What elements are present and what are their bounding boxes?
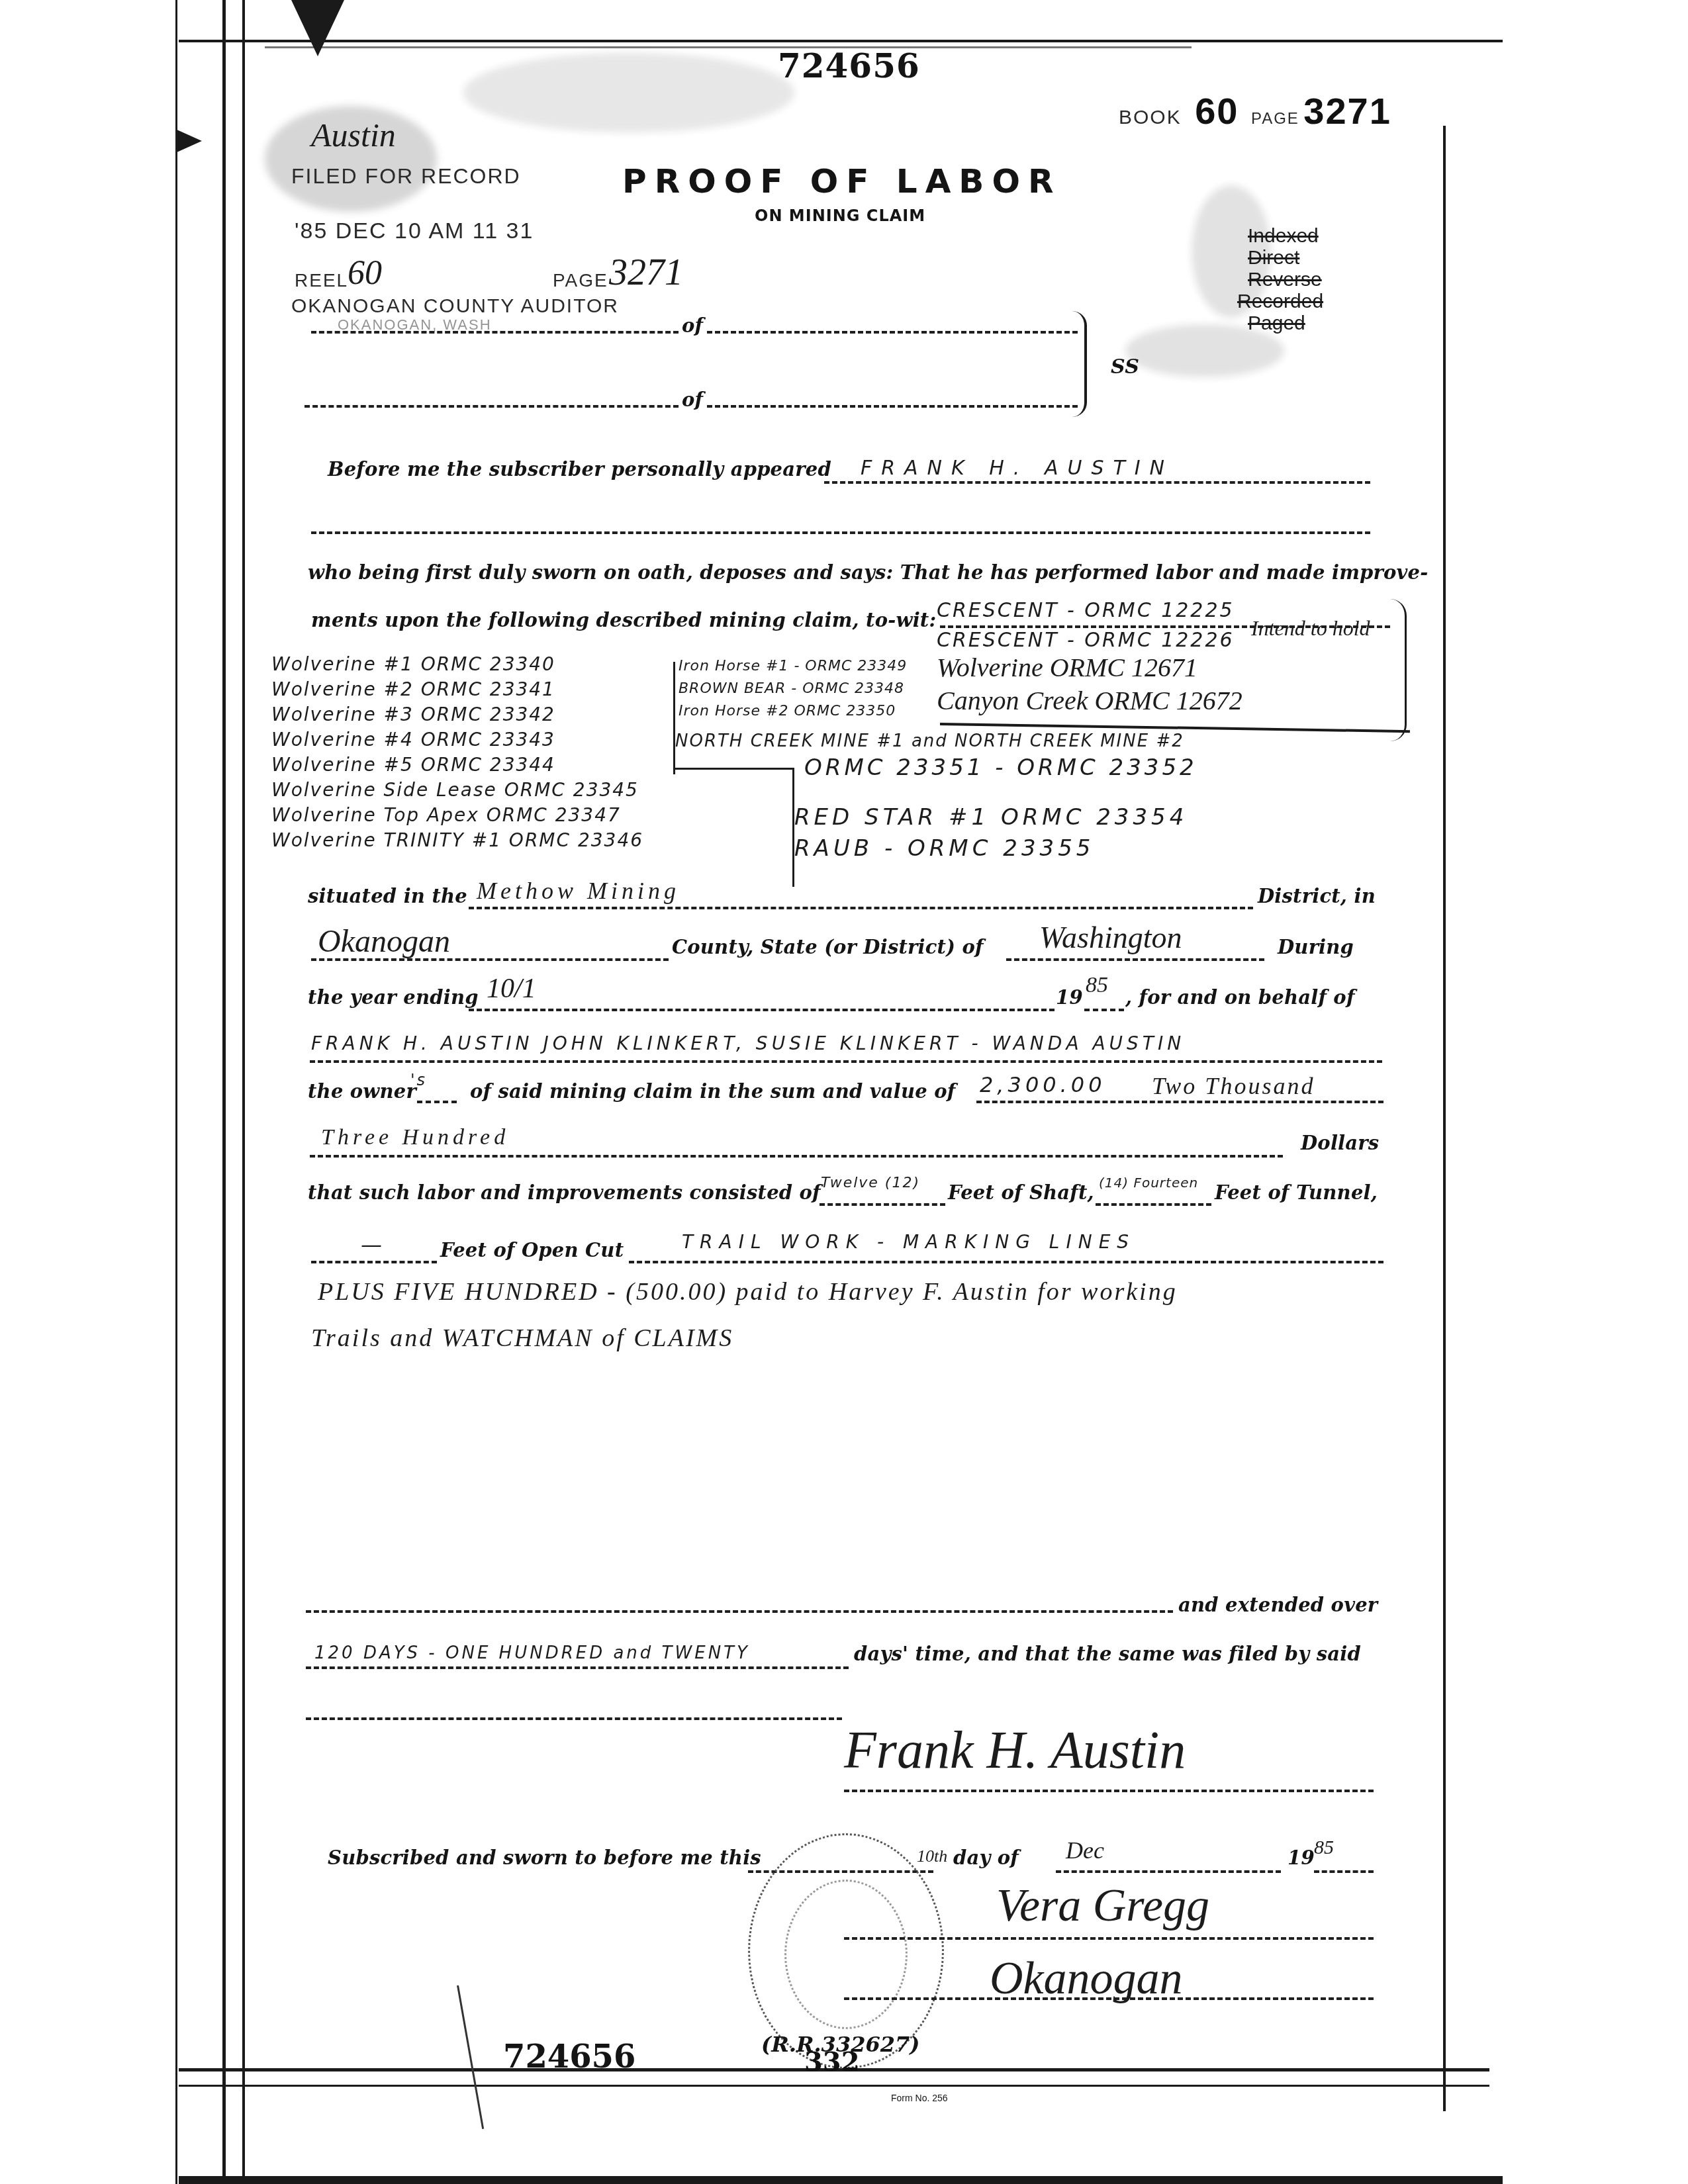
claim-lower-right: RED STAR #1 ORMC 23354 xyxy=(794,804,1188,831)
sum-words-line xyxy=(310,1155,1283,1158)
claim-left: Wolverine Side Lease ORMC 23345 xyxy=(271,778,643,803)
form-subtitle: ON MINING CLAIM xyxy=(755,206,925,225)
index-stamp-item: Reverse xyxy=(1248,269,1323,291)
jurat-year-line xyxy=(1314,1870,1374,1873)
claims-north-creek: NORTH CREEK MINE #1 and NORTH CREEK MINE… xyxy=(675,731,1184,751)
claim-middle: BROWN BEAR - ORMC 23348 xyxy=(679,678,907,700)
filed-for-record: FILED FOR RECORD xyxy=(291,164,521,189)
footer-diagonal-mark xyxy=(457,1985,484,2129)
tunnel-line xyxy=(1096,1203,1211,1206)
stamp-page-label: PAGE xyxy=(553,270,608,291)
county-auditor: OKANOGAN COUNTY AUDITOR xyxy=(291,295,619,318)
sworn-text-line1: who being first duly sworn on oath, depo… xyxy=(308,561,1429,584)
appeared-line xyxy=(824,481,1370,484)
owner-suffix-line xyxy=(417,1101,457,1103)
stamp-page-value: 3271 xyxy=(609,251,683,294)
top-rule-2 xyxy=(265,46,1192,48)
year-ending-line xyxy=(469,1009,1055,1011)
reel-value: 60 xyxy=(348,253,382,293)
owner-suffix: 's xyxy=(410,1071,427,1089)
book-page-stamp: BOOK 60 PAGE 3271 xyxy=(1119,89,1391,132)
left-margin-rule-3 xyxy=(242,0,245,2184)
sum-words-2: Three Hundred xyxy=(321,1125,509,1150)
venue-brace xyxy=(1072,311,1087,417)
days-label: days' time, and that the same was filed … xyxy=(854,1643,1361,1665)
additional-notes-line1: PLUS FIVE HUNDRED - (500.00) paid to Har… xyxy=(318,1277,1178,1306)
sum-line xyxy=(976,1101,1383,1103)
tunnel-value: (14) Fourteen xyxy=(1099,1175,1198,1191)
appeared-line-2 xyxy=(311,531,1370,534)
affiant-signature-line xyxy=(844,1790,1374,1792)
index-stamp-item: Recorded xyxy=(1237,291,1323,312)
claims-middle-bottom-rule xyxy=(673,768,792,770)
situated-label: situated in the xyxy=(308,885,467,907)
filed-by-line xyxy=(306,1717,842,1720)
index-stamp-item: Direct xyxy=(1248,247,1323,269)
sworn-text-line2: ments upon the following described minin… xyxy=(311,609,936,631)
claims-north-creek-numbers: ORMC 23351 - ORMC 23352 xyxy=(804,754,1197,781)
extended-line xyxy=(306,1610,1173,1613)
left-margin-rule-1 xyxy=(175,0,177,2184)
affiant-signature: Frank H. Austin xyxy=(844,1721,1186,1781)
jurat-year-suffix: 85 xyxy=(1314,1837,1334,1859)
instrument-number-bottom: 724656 xyxy=(503,2038,635,2075)
bottom-rule-2 xyxy=(179,2085,1489,2087)
claim-right: Wolverine ORMC 12671 xyxy=(937,652,1197,683)
claim-right: CRESCENT - ORMC 12225 xyxy=(937,599,1235,622)
claim-right: Canyon Creek ORMC 12672 xyxy=(937,685,1243,716)
jurat-label: Subscribed and sworn to before me this xyxy=(328,1846,761,1869)
index-stamp-item: Indexed xyxy=(1248,225,1323,247)
claim-left: Wolverine #5 ORMC 23344 xyxy=(271,752,643,778)
right-margin-rule xyxy=(1443,126,1446,2111)
additional-notes-line2: Trails and WATCHMAN of CLAIMS xyxy=(311,1324,733,1353)
form-title: PROOF OF LABOR xyxy=(622,162,1061,201)
year-suffix-line xyxy=(1084,1009,1124,1011)
claim-left: Wolverine TRINITY #1 ORMC 23346 xyxy=(271,828,643,853)
left-margin-rule-2 xyxy=(222,0,226,2184)
page-number: 3271 xyxy=(1303,90,1391,132)
during-label: During xyxy=(1278,936,1354,958)
county-line xyxy=(311,958,669,961)
open-cut-label: Feet of Open Cut xyxy=(440,1239,624,1261)
recording-handwritten-name: Austin xyxy=(311,116,396,154)
county-label: County, State (or District) of xyxy=(672,936,984,958)
appeared-value: FRANK H. AUSTIN xyxy=(861,457,1174,480)
sum-value: 2,300.00 xyxy=(980,1072,1106,1097)
county-value: Okanogan xyxy=(318,923,450,960)
district-value: Methow Mining xyxy=(477,877,680,905)
district-label: District, in xyxy=(1258,885,1376,907)
claims-right-brace xyxy=(1390,599,1407,741)
jurat-day-label: day of xyxy=(953,1846,1019,1869)
claim-middle: Iron Horse #2 ORMC 23350 xyxy=(679,700,907,723)
book-number: 60 xyxy=(1195,90,1239,132)
jurat-day-value: 10th xyxy=(917,1846,947,1866)
scan-noise xyxy=(463,53,794,132)
notary-signature: Vera Gregg xyxy=(996,1880,1209,1933)
corner-fold xyxy=(291,0,344,56)
notary-county-line xyxy=(844,1997,1374,2000)
days-line xyxy=(306,1666,849,1669)
open-cut-line xyxy=(629,1261,1383,1263)
district-line xyxy=(469,907,1253,909)
venue-of-label-1: of xyxy=(682,314,703,337)
claim-left: Wolverine #1 ORMC 23340 xyxy=(271,652,643,677)
tunnel-label: Feet of Tunnel, xyxy=(1215,1181,1378,1204)
top-rule xyxy=(179,40,1503,42)
year-prefix: 19 xyxy=(1056,986,1083,1009)
days-value: 120 DAYS - ONE HUNDRED and TWENTY xyxy=(314,1643,750,1663)
owners-value: FRANK H. AUSTIN JOHN KLINKERT, SUSIE KLI… xyxy=(311,1032,1185,1054)
owners-line xyxy=(310,1060,1382,1063)
shaft-line xyxy=(820,1203,945,1206)
dollars-label: Dollars xyxy=(1301,1132,1379,1154)
state-value: Washington xyxy=(1039,920,1182,955)
claims-left-list: Wolverine #1 ORMC 23340 Wolverine #2 ORM… xyxy=(271,652,643,853)
claims-middle-left-rule xyxy=(673,662,675,774)
sum-words-1: Two Thousand xyxy=(1152,1072,1315,1100)
bottom-edge xyxy=(179,2176,1503,2184)
appeared-label: Before me the subscriber personally appe… xyxy=(328,458,831,480)
filing-date-time: '85 DEC 10 AM 11 31 xyxy=(295,218,534,244)
left-clip-mark xyxy=(175,129,202,153)
venue-of-label-2: of xyxy=(682,388,703,411)
claims-middle-list: Iron Horse #1 - ORMC 23349 BROWN BEAR - … xyxy=(679,655,907,723)
instrument-number-top: 724656 xyxy=(778,46,920,85)
ss-label: SS xyxy=(1111,355,1139,379)
form-number: Form No. 256 xyxy=(887,2093,952,2103)
page-label: PAGE xyxy=(1251,110,1299,128)
claim-left: Wolverine #3 ORMC 23342 xyxy=(271,702,643,727)
claim-right: CRESCENT - ORMC 12226 xyxy=(937,629,1235,652)
owner-label: the owner xyxy=(308,1080,416,1103)
jurat-year-prefix: 19 xyxy=(1288,1846,1315,1869)
claim-left: Wolverine Top Apex ORMC 23347 xyxy=(271,803,643,828)
notary-seal-inner xyxy=(784,1880,908,2029)
claim-middle: Iron Horse #1 - ORMC 23349 xyxy=(679,655,907,678)
open-cut-line-left xyxy=(311,1261,437,1263)
jurat-month-value: Dec xyxy=(1066,1837,1104,1864)
claims-right-note: Intend to hold xyxy=(1251,612,1383,644)
shaft-label: Feet of Shaft, xyxy=(948,1181,1094,1204)
index-stamp: Indexed Direct Reverse Recorded Paged xyxy=(1248,225,1323,334)
claim-left: Wolverine #4 ORMC 23343 xyxy=(271,727,643,752)
book-label: BOOK xyxy=(1119,107,1182,128)
index-stamp-item: Paged xyxy=(1248,312,1323,334)
state-line xyxy=(1006,958,1264,961)
consisted-label: that such labor and improvements consist… xyxy=(308,1181,821,1204)
behalf-label: , for and on behalf of xyxy=(1125,986,1355,1009)
claim-lower-right: RAUB - ORMC 23355 xyxy=(794,835,1094,862)
venue-line-1-left xyxy=(311,331,679,334)
sum-label: of said mining claim in the sum and valu… xyxy=(470,1080,956,1103)
year-suffix: 85 xyxy=(1086,973,1108,998)
venue-line-1-right xyxy=(707,331,1078,334)
notary-signature-line xyxy=(844,1937,1374,1940)
claim-left: Wolverine #2 ORMC 23341 xyxy=(271,677,643,702)
year-ending-value: 10/1 xyxy=(487,973,536,1005)
open-cut-notes: TRAIL WORK - MARKING LINES xyxy=(682,1231,1135,1253)
year-ending-label: the year ending xyxy=(308,986,479,1009)
venue-line-2-right xyxy=(707,405,1078,408)
jurat-month-line xyxy=(1056,1870,1281,1873)
reel-label: REEL xyxy=(295,270,348,291)
extended-label: and extended over xyxy=(1178,1594,1378,1616)
shaft-value: Twelve (12) xyxy=(821,1175,920,1191)
open-cut-value: — xyxy=(361,1232,384,1257)
venue-line-2-left xyxy=(305,405,679,408)
rr-overprint: 332 xyxy=(804,2046,860,2077)
